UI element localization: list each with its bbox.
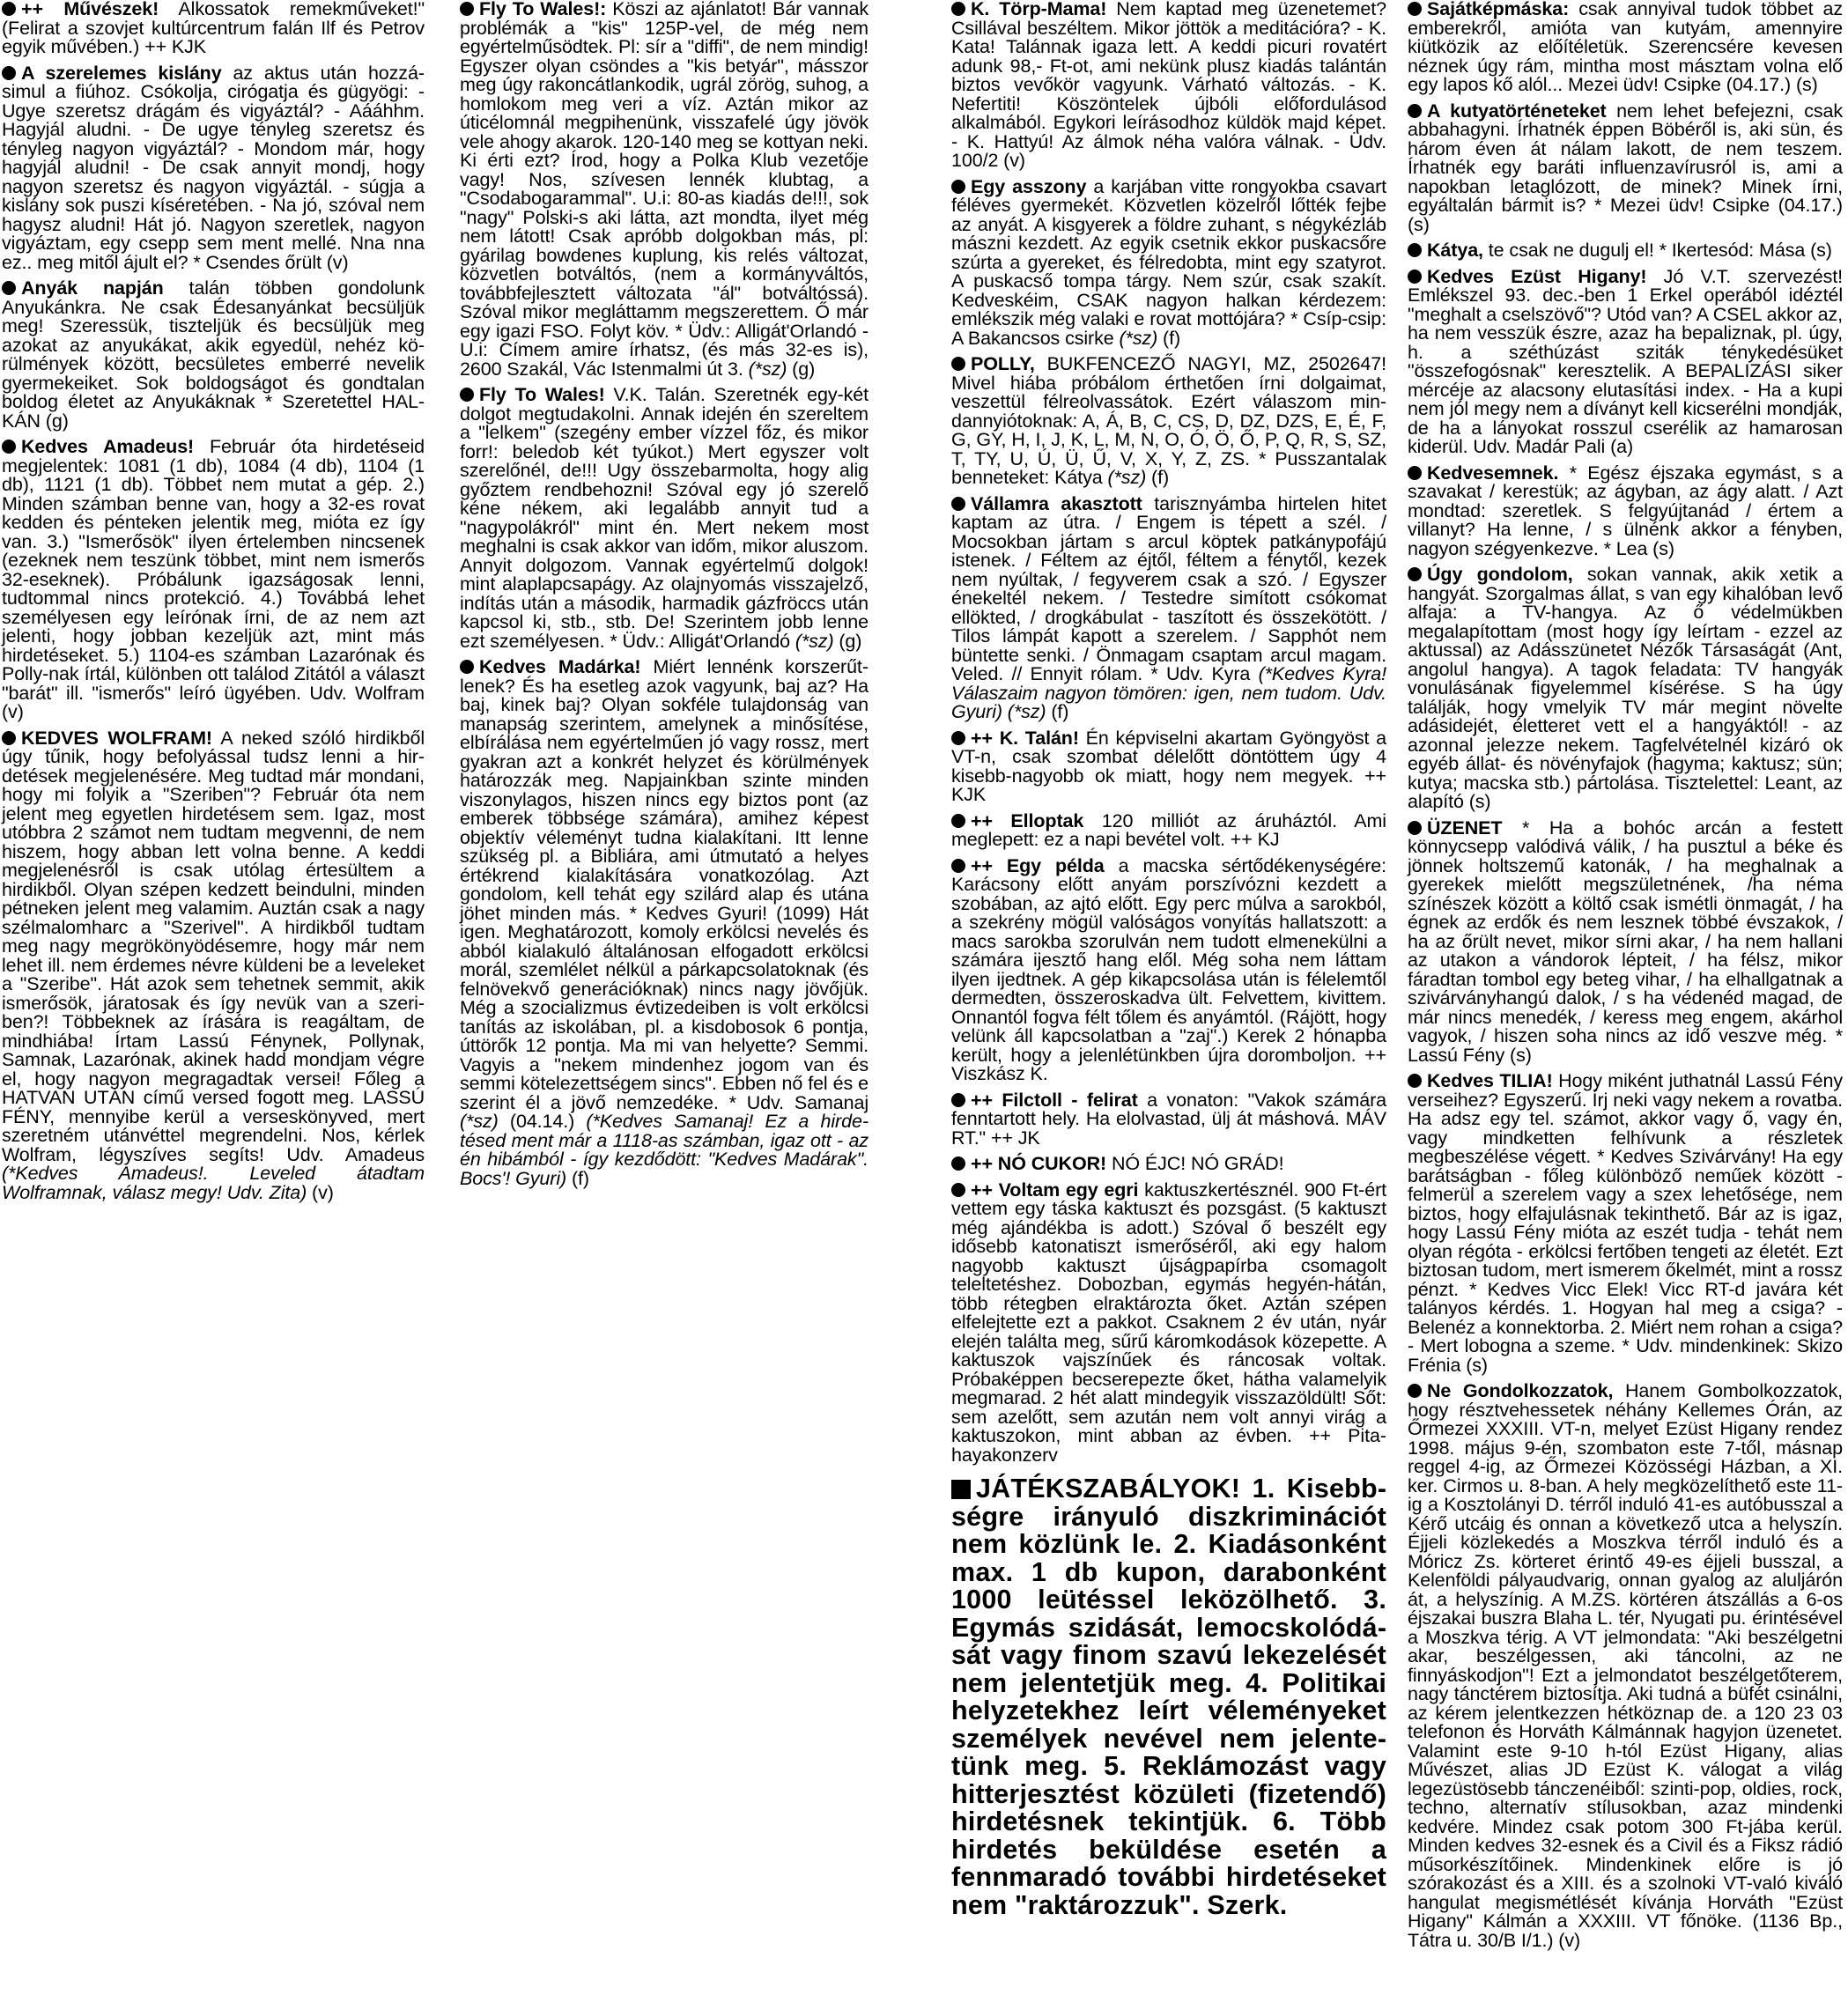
editor-note: (*sz): [460, 1111, 499, 1132]
bullet-icon: [951, 180, 965, 194]
ad-body: NÓ ÉJC! NÓ GRÁD!: [1106, 1153, 1283, 1174]
ad-signature-code: (f): [1146, 467, 1169, 488]
ad-signature-code: (f): [1157, 328, 1180, 349]
classified-ads-page: ++ Művészek! Alkossatok remekműveket!" (…: [0, 0, 1848, 1995]
column-2: Fly To Wales!: Köszi az ajánlatot! Bár v…: [460, 0, 869, 1195]
ad-heading: Fly To Wales!: [479, 384, 605, 405]
bullet-icon: [951, 2, 965, 16]
bullet-icon: [1408, 1384, 1422, 1398]
ad-signature-code: (f): [1046, 701, 1069, 722]
ad-entry: Kedves Ezüst Higany! Jó V.T. szervezést!…: [1408, 268, 1843, 457]
bullet-icon: [951, 357, 965, 371]
bullet-icon: [1408, 2, 1422, 16]
ad-body: nem lehet befejezni, csak abbahagyni. Ír…: [1408, 100, 1843, 235]
bullet-icon: [951, 1156, 965, 1171]
ad-body: sokan vannak, akik xetik a hangyát. Szor…: [1408, 564, 1843, 812]
bullet-icon: [951, 859, 965, 873]
ad-body: Jó V.T. szervezést! Emlékszel 93. dec.-b…: [1408, 266, 1843, 458]
ad-heading: ++ Elloptak: [971, 810, 1083, 831]
ad-heading: Kátya,: [1427, 240, 1483, 261]
ad-heading: ++ NÓ CUKOR!: [971, 1153, 1106, 1174]
ad-entry: Kedves Madárka! Miért lennénk korszerűt­…: [460, 658, 869, 1188]
ad-heading: ++ Filctoll - felirat: [971, 1090, 1138, 1111]
ad-heading: Vállamra akasztott: [971, 493, 1142, 514]
ad-body: Köszi az ajánlatot! Bár van­nak problémá…: [460, 0, 869, 380]
ad-body: a macska sértődékenységére: Karácsony el…: [951, 855, 1386, 1085]
ad-entry: Úgy gondolom, sokan vannak, akik xetik a…: [1408, 565, 1843, 812]
bullet-icon: [2, 731, 16, 745]
ad-entry: KEDVES WOLFRAM! A neked szóló hirdikből …: [2, 729, 425, 1203]
ad-signature-code: (f): [566, 1168, 589, 1189]
ad-body: a karjában vitte rongyokba csavart félév…: [951, 176, 1386, 349]
bullet-icon: [1408, 466, 1422, 480]
ad-entry: ÜZENET * Ha a bohóc arcán a festett könn…: [1408, 819, 1843, 1066]
ad-entry: Sajátképmáska: csak annyival tudok többe…: [1408, 0, 1843, 95]
ad-body: kaktuszkertésznél. 900 Ft-ért vettem egy…: [951, 1179, 1386, 1466]
column-4: Sajátképmáska: csak annyival tudok többe…: [1408, 0, 1843, 1957]
bullet-icon: [1408, 243, 1422, 257]
ad-entry: Fly To Wales! V.K. Talán. Szeretnék egy-…: [460, 386, 869, 651]
ad-entry: ++ Egy példa a macska sértődékenységére:…: [951, 857, 1386, 1084]
ad-heading: Anyák napján: [21, 277, 164, 299]
ad-heading: ++ K. Talán!: [971, 728, 1079, 749]
column-1: ++ Művészek! Alkossatok remekműveket!" (…: [2, 0, 425, 1209]
ad-entry: Kedves TILIA! Hogy miként juthatnál Lass…: [1408, 1072, 1843, 1375]
bullet-icon: [1408, 567, 1422, 581]
ad-entry: Kátya, te csak ne dugulj el! * Ikertesód…: [1408, 241, 1843, 261]
ad-heading: Kedves Ezüst Higany!: [1427, 266, 1646, 287]
bullet-icon: [460, 388, 474, 402]
ad-heading: Úgy gondolom,: [1427, 564, 1573, 585]
ad-entry: Anyák napján talán többen gondolunk Anyu…: [2, 279, 425, 431]
ad-entry: Egy asszony a karjában vitte rongyokba c…: [951, 178, 1386, 349]
bullet-icon: [1408, 270, 1422, 284]
bullet-icon: [1408, 1074, 1422, 1088]
ad-body: tarisznyámba hirtelen hitet kaptam az út…: [951, 493, 1386, 685]
ad-heading: Kedvesemnek.: [1427, 462, 1558, 484]
square-bullet-icon: [951, 1480, 971, 1499]
ad-entry: ++ Művészek! Alkossatok remekműveket!" (…: [2, 0, 425, 57]
ad-entry: ++ K. Talán! Én képviselni akartam Gyön­…: [951, 729, 1386, 805]
ad-entry: K. Törp-Mama! Nem kaptad meg üzenete­met…: [951, 0, 1386, 171]
ad-body: Február óta hirdetéseid megjelentek: 108…: [2, 436, 425, 722]
ad-body: Nem kaptad meg üzenete­met? Csillával be…: [951, 0, 1386, 171]
ad-signature-code: (v): [307, 1182, 334, 1203]
ad-entry: Fly To Wales!: Köszi az ajánlatot! Bár v…: [460, 0, 869, 379]
ad-heading: Egy asszony: [971, 176, 1086, 197]
ad-body: Hogy miként juthatnál Lassú Fény verseih…: [1408, 1070, 1843, 1376]
ad-heading: Kedves Amadeus!: [21, 436, 194, 457]
ad-heading: ++ Voltam egy egri: [971, 1179, 1138, 1201]
column-3: K. Törp-Mama! Nem kaptad meg üzenete­met…: [951, 0, 1386, 1947]
ad-heading: Kedves Madárka!: [479, 656, 640, 677]
bullet-icon: [1408, 821, 1422, 835]
ad-entry: ++ Elloptak 120 milliót az áruháztól. Am…: [951, 812, 1386, 850]
ad-body: Hanem Gombolkozza­tok, hogy résztvehesse…: [1408, 1380, 1843, 1951]
ad-heading: POLLY,: [971, 353, 1035, 374]
ad-date: (04.14.): [499, 1111, 587, 1132]
ad-entry: ++ NÓ CUKOR! NÓ ÉJC! NÓ GRÁD!: [951, 1155, 1386, 1174]
bullet-icon: [1408, 104, 1422, 118]
ad-signature-code: (g): [834, 631, 862, 652]
bullet-icon: [460, 2, 474, 16]
ad-heading: Ne Gondolkozzatok,: [1427, 1380, 1613, 1401]
ad-entry: Kedvesemnek. * Egész éjszaka egymást, s …: [1408, 464, 1843, 559]
bullet-icon: [2, 66, 16, 80]
bullet-icon: [2, 281, 16, 295]
bullet-icon: [951, 731, 965, 745]
ad-entry: Ne Gondolkozzatok, Hanem Gombolkozza­tok…: [1408, 1382, 1843, 1950]
ad-entry: POLLY, BUKFENCEZŐ NAGYI, MZ, 2502647! Mi…: [951, 355, 1386, 488]
ad-heading: ++ Egy példa: [971, 855, 1105, 876]
ad-body: V.K. Talán. Szeretnék egy-két dolgot meg…: [460, 384, 869, 652]
ad-signature-code: (g): [787, 358, 815, 380]
ad-heading: KEDVES WOLFRAM!: [21, 728, 212, 749]
ad-entry: Kedves Amadeus! Február óta hirdetéseid …: [2, 438, 425, 722]
bullet-icon: [951, 814, 965, 828]
bullet-icon: [951, 1093, 965, 1107]
editor-note: (*sz): [795, 631, 834, 652]
bullet-icon: [2, 2, 16, 16]
ad-entry: ++ Filctoll - felirat a vonaton: "Vakok …: [951, 1091, 1386, 1149]
bullet-icon: [951, 497, 965, 511]
rules-box: JÁTÉKSZABÁLYOK! 1. Kisebb­ségre irányuló…: [951, 1475, 1386, 1919]
ad-heading: Kedves TILIA!: [1427, 1070, 1553, 1091]
editor-note: (*sz): [749, 358, 787, 380]
ad-entry: Vállamra akasztott tarisznyámba hirtelen…: [951, 495, 1386, 722]
editor-note: (*Kedves Amadeus!. Leveled átadtam Wolfr…: [2, 1163, 425, 1203]
editor-note: (*sz): [1108, 467, 1147, 488]
ad-entry: ++ Voltam egy egri kaktuszkertésznél. 90…: [951, 1181, 1386, 1466]
ad-heading: A szerelemes kislány: [21, 63, 222, 84]
rules-text: JÁTÉKSZABÁLYOK! 1. Kisebb­ségre irányuló…: [951, 1474, 1386, 1920]
editor-note: (*sz): [1120, 328, 1158, 349]
ad-body: te csak ne dugulj el! * Ikertesód: Mása …: [1483, 240, 1832, 261]
bullet-icon: [951, 1183, 965, 1197]
ad-heading: ÜZENET: [1427, 817, 1502, 839]
ad-body: talán többen gondolunk Anyukánkra. Ne cs…: [2, 277, 425, 432]
ad-body: Miért lennénk korszerűt­lenek? És ha ese…: [460, 656, 869, 1113]
ad-entry: A szerelemes kislány az aktus után hozzá…: [2, 64, 425, 273]
ad-entry: A kutyatörténeteket nem lehet befejezni,…: [1408, 102, 1843, 235]
ad-heading: A kutyatörténeteket: [1427, 100, 1607, 122]
ad-body: * Ha a bohóc arcán a festett könnycsepp …: [1408, 817, 1843, 1066]
ad-body: A neked szóló hirdikből úgy tűnik, hogy …: [2, 728, 425, 1165]
bullet-icon: [2, 440, 16, 454]
ad-body: az aktus után hozzá­simul a fiúhoz. Csók…: [2, 63, 425, 273]
bullet-icon: [460, 660, 474, 674]
